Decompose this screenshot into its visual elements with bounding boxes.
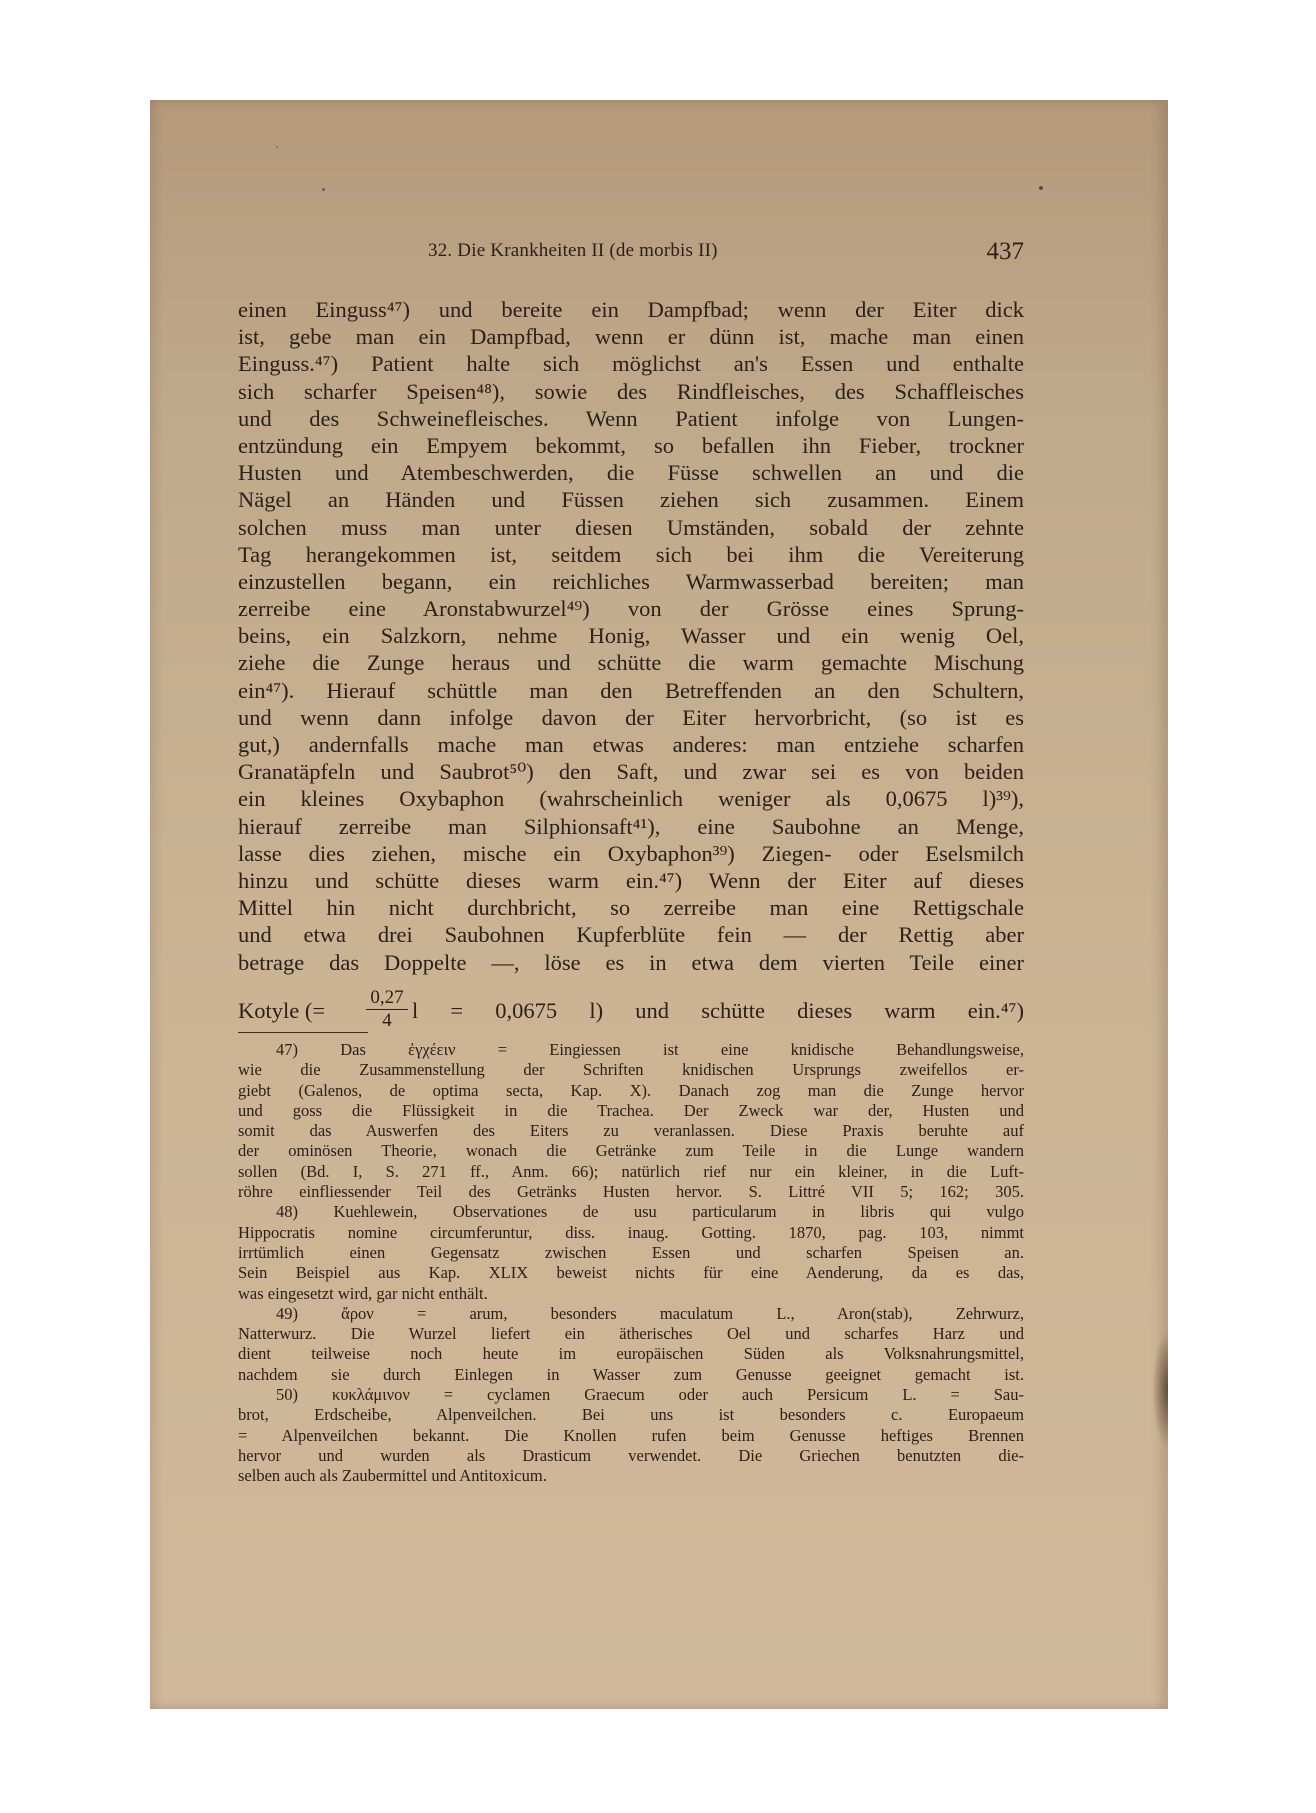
body-line: betrage das Doppelte —, löse es in etwa … [238,949,1024,976]
paper-speck [322,188,325,191]
body-line: Mittel hin nicht durchbricht, so zerreib… [238,894,1024,921]
page-edge-shadow [1152,1330,1168,1450]
footnote-line: hervor und wurden als Drasticum verwende… [238,1446,1024,1466]
body-line: ist, gebe man ein Dampfbad, wenn er dünn… [238,323,1024,350]
footnote-line: Natterwurz. Die Wurzel liefert ein äther… [238,1324,1024,1344]
footnotes: 47) Das ἐγχέειν = Eingiessen ist eine kn… [238,1040,1024,1487]
footnote-line: der ominösen Theorie, wonach die Getränk… [238,1141,1024,1161]
kotyle-formula-line: Kotyle (= 0,27 4 l = 0,0675 l) und schüt… [238,988,1024,1034]
body-line: lasse dies ziehen, mische ein Oxybaphon³… [238,840,1024,867]
formula-prefix: Kotyle (= [238,998,325,1024]
paper-speck [1039,186,1043,190]
footnote-line: Hippocratis nomine circumferuntur, diss.… [238,1223,1024,1243]
formula-suffix: l = 0,0675 l) und schütte dieses warm ei… [412,998,1024,1024]
body-line: ein kleines Oxybaphon (wahrscheinlich we… [238,785,1024,812]
fraction-denominator: 4 [366,1010,408,1032]
body-line: hinzu und schütte dieses warm ein.⁴⁷) We… [238,867,1024,894]
body-line: entzündung ein Empyem bekommt, so befall… [238,432,1024,459]
page-header: 32. Die Krankheiten II (de morbis II) 43… [238,238,1024,268]
body-line: gut,) andernfalls mache man etwas andere… [238,731,1024,758]
footnote-line: wie die Zusammenstellung der Schriften k… [238,1060,1024,1080]
paper-speck [276,146,278,148]
footnote-line: selben auch als Zaubermittel und Antitox… [238,1466,1024,1486]
body-line: sich scharfer Speisen⁴⁸), sowie des Rind… [238,378,1024,405]
body-line: Einguss.⁴⁷) Patient halte sich möglichst… [238,350,1024,377]
body-line: einzustellen begann, ein reichliches War… [238,568,1024,595]
running-title: 32. Die Krankheiten II (de morbis II) [428,240,718,262]
fraction-numerator: 0,27 [366,988,408,1010]
footnote-line: = Alpenveilchen bekannt. Die Knollen ruf… [238,1426,1024,1446]
footnote-line: nachdem sie durch Einlegen in Wasser zum… [238,1365,1024,1385]
footnote-line: was eingesetzt wird, gar nicht enthält. [238,1284,1024,1304]
body-text: einen Einguss⁴⁷) und bereite ein Dampfba… [238,296,1024,976]
fraction: 0,27 4 [366,988,408,1032]
body-line: solchen muss man unter diesen Umständen,… [238,514,1024,541]
footnote-line: irrtümlich einen Gegensatz zwischen Esse… [238,1243,1024,1263]
body-line: hierauf zerreibe man Silphionsaft⁴¹), ei… [238,813,1024,840]
footnote-line: und goss die Flüssigkeit in die Trachea.… [238,1101,1024,1121]
footnote-separator [238,1032,368,1033]
body-line: Nägel an Händen und Füssen ziehen sich z… [238,486,1024,513]
body-line: und des Schweinefleisches. Wenn Patient … [238,405,1024,432]
footnote-line: Sein Beispiel aus Kap. XLIX beweist nich… [238,1263,1024,1283]
footnote-line: 49) ἄρον = arum, besonders maculatum L.,… [238,1304,1024,1324]
footnote-line: brot, Erdscheibe, Alpenveilchen. Bei uns… [238,1405,1024,1425]
body-line: ein⁴⁷). Hierauf schüttle man den Betreff… [238,677,1024,704]
body-line: Tag herangekommen ist, seitdem sich bei … [238,541,1024,568]
footnote-line: 47) Das ἐγχέειν = Eingiessen ist eine kn… [238,1040,1024,1060]
body-line: zerreibe eine Aronstabwurzel⁴⁹) von der … [238,595,1024,622]
body-line: und etwa drei Saubohnen Kupferblüte fein… [238,921,1024,948]
body-line: Granatäpfeln und Saubrot⁵⁰) den Saft, un… [238,758,1024,785]
body-line: Husten und Atembeschwerden, die Füsse sc… [238,459,1024,486]
body-line: ziehe die Zunge heraus und schütte die w… [238,649,1024,676]
page-number: 437 [987,238,1025,266]
body-line: und wenn dann infolge davon der Eiter he… [238,704,1024,731]
footnote-line: 50) κυκλάμινον = cyclamen Graecum oder a… [238,1385,1024,1405]
footnote-line: sollen (Bd. I, S. 271 ff., Anm. 66); nat… [238,1162,1024,1182]
body-line: beins, ein Salzkorn, nehme Honig, Wasser… [238,622,1024,649]
footnote-line: dient teilweise noch heute im europäisch… [238,1344,1024,1364]
footnote-line: röhre einfliessender Teil des Getränks H… [238,1182,1024,1202]
footnote-line: 48) Kuehlewein, Observationes de usu par… [238,1202,1024,1222]
body-line: einen Einguss⁴⁷) und bereite ein Dampfba… [238,296,1024,323]
footnote-line: giebt (Galenos, de optima secta, Kap. X)… [238,1081,1024,1101]
footnote-line: somit das Auswerfen des Eiters zu veranl… [238,1121,1024,1141]
